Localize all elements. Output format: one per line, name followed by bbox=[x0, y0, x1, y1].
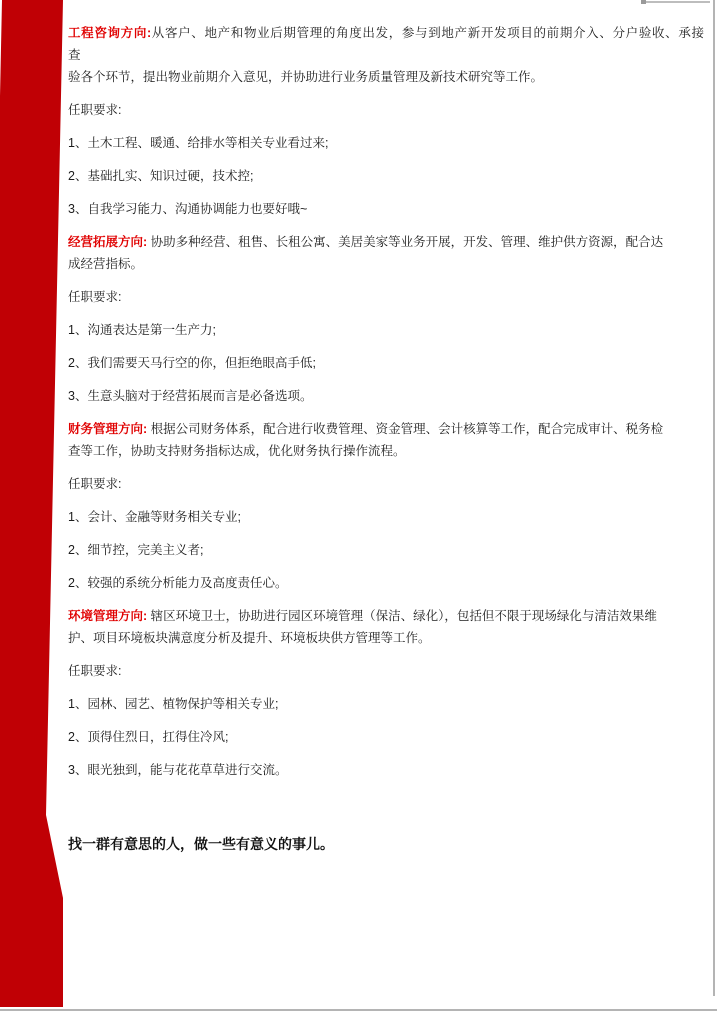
requirement-item: 1、土木工程、暖通、给排水等相关专业看过来; bbox=[68, 132, 704, 154]
requirement-item: 1、园林、园艺、植物保护等相关专业; bbox=[68, 693, 704, 715]
requirement-item: 1、沟通表达是第一生产力; bbox=[68, 319, 704, 341]
requirement-item: 2、基础扎实、知识过硬，技术控; bbox=[68, 165, 704, 187]
section-description: 根据公司财务体系，配合进行收费管理、资金管理、会计核算等工作，配合完成审计、税务… bbox=[68, 422, 663, 458]
requirements-label: 任职要求: bbox=[68, 99, 704, 121]
section-intro-paragraph: 环境管理方向: 辖区环境卫士，协助进行园区环境管理（保洁、绿化），包括但不限于现… bbox=[68, 605, 704, 649]
requirement-item: 3、生意头脑对于经营拓展而言是必备选项。 bbox=[68, 385, 704, 407]
requirement-item: 2、细节控，完美主义者; bbox=[68, 539, 704, 561]
page-edge-right bbox=[713, 0, 715, 996]
section-title: 环境管理方向: bbox=[68, 609, 147, 623]
requirement-item: 3、眼光独到，能与花花草草进行交流。 bbox=[68, 759, 704, 781]
requirement-item: 1、会计、金融等财务相关专业; bbox=[68, 506, 704, 528]
section-description: 辖区环境卫士，协助进行园区环境管理（保洁、绿化），包括但不限于现场绿化与清洁效果… bbox=[68, 609, 657, 645]
document-page: { "page": { "ribbon_color": "#c00005", "… bbox=[0, 0, 717, 1012]
requirements-label: 任职要求: bbox=[68, 286, 704, 308]
section-description: 协助多种经营、租售、长租公寓、美居美家等业务开展，开发、管理、维护供方资源，配合… bbox=[68, 235, 663, 271]
section-title: 经营拓展方向: bbox=[68, 235, 147, 249]
section-title: 财务管理方向: bbox=[68, 422, 147, 436]
section-intro-paragraph: 工程咨询方向:从客户、地产和物业后期管理的角度出发，参与到地产新开发项目的前期介… bbox=[68, 22, 704, 88]
requirements-label: 任职要求: bbox=[68, 473, 704, 495]
section-intro-paragraph: 经营拓展方向: 协助多种经营、租售、长租公寓、美居美家等业务开展，开发、管理、维… bbox=[68, 231, 704, 275]
scrollbar-nub bbox=[641, 0, 646, 4]
requirement-item: 2、我们需要天马行空的你，但拒绝眼高手低; bbox=[68, 352, 704, 374]
requirement-item: 2、较强的系统分析能力及高度责任心。 bbox=[68, 572, 704, 594]
section-title: 工程咨询方向: bbox=[68, 26, 151, 40]
requirements-label: 任职要求: bbox=[68, 660, 704, 682]
red-ribbon-shape bbox=[0, 0, 63, 1007]
page-edge-bottom bbox=[0, 1009, 717, 1011]
requirement-item: 3、自我学习能力、沟通协调能力也要好哦~ bbox=[68, 198, 704, 220]
document-body: 工程咨询方向:从客户、地产和物业后期管理的角度出发，参与到地产新开发项目的前期介… bbox=[68, 22, 704, 855]
scrollbar-fragment bbox=[641, 1, 710, 3]
footer-slogan: 找一群有意思的人，做一些有意义的事儿。 bbox=[68, 833, 704, 855]
requirement-item: 2、顶得住烈日，扛得住冷风; bbox=[68, 726, 704, 748]
section-description: 从客户、地产和物业后期管理的角度出发，参与到地产新开发项目的前期介入、分户验收、… bbox=[68, 26, 717, 84]
section-intro-paragraph: 财务管理方向: 根据公司财务体系，配合进行收费管理、资金管理、会计核算等工作，配… bbox=[68, 418, 704, 462]
